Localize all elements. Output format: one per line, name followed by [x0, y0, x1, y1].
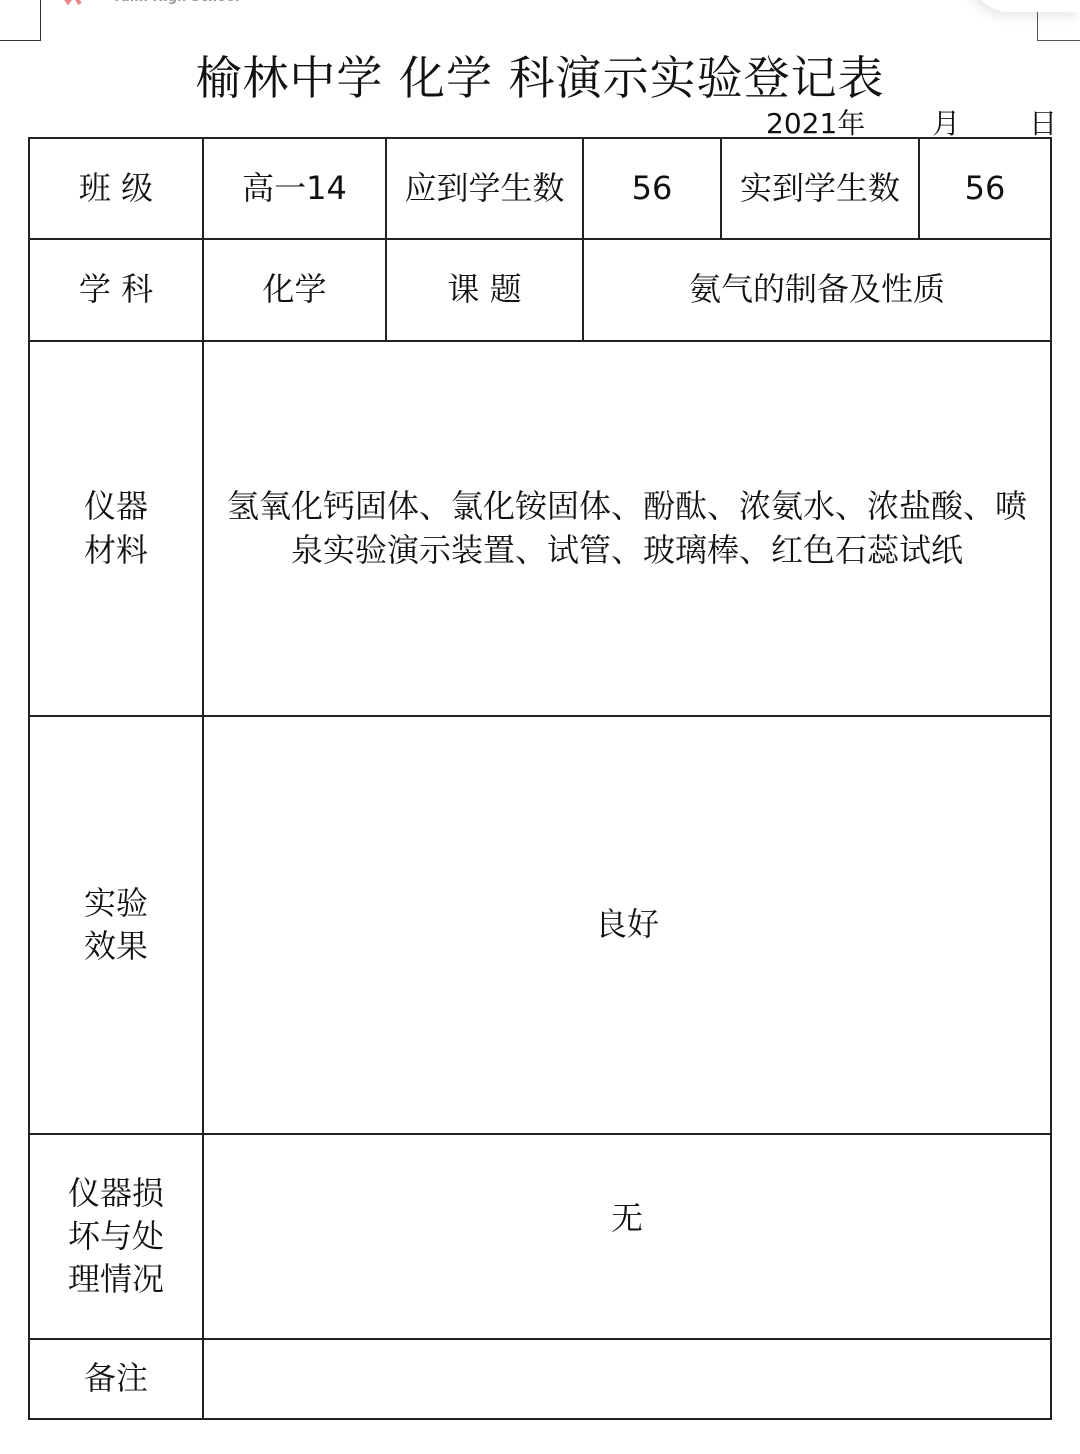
crop-mark-left — [0, 0, 41, 41]
crop-mark-right — [1037, 12, 1080, 41]
damage-label: 仪器损 坏与处 理情况 — [29, 1134, 203, 1339]
date-year: 2021年 — [766, 102, 865, 142]
materials-label-line2: 材料 — [30, 529, 202, 572]
topic-label: 课 题 — [386, 239, 583, 341]
row-damage: 仪器损 坏与处 理情况 无 — [29, 1134, 1051, 1339]
row-remarks: 备注 — [29, 1339, 1051, 1419]
damage-label-line3: 理情况 — [30, 1258, 202, 1301]
subject-label: 学 科 — [29, 239, 203, 341]
class-label: 班 级 — [29, 138, 203, 239]
actual-students-value: 56 — [919, 138, 1051, 239]
effect-value: 良好 — [203, 716, 1051, 1134]
materials-label: 仪器 材料 — [29, 341, 203, 716]
page-curl — [970, 0, 1080, 12]
materials-value: 氢氧化钙固体、氯化铵固体、酚酞、浓氨水、浓盐酸、喷泉实验演示装置、试管、玻璃棒、… — [203, 341, 1051, 716]
expected-students-label: 应到学生数 — [386, 138, 583, 239]
date-day: 日 — [1029, 102, 1057, 142]
experiment-register-table: 班 级 高一14 应到学生数 56 实到学生数 56 学 科 化学 课 题 氨气… — [28, 137, 1052, 1420]
school-logo-icon — [58, 0, 88, 8]
remarks-value — [203, 1339, 1051, 1419]
school-logo-text: Yulin High School — [112, 0, 239, 5]
row-class: 班 级 高一14 应到学生数 56 实到学生数 56 — [29, 138, 1051, 239]
row-subject: 学 科 化学 课 题 氨气的制备及性质 — [29, 239, 1051, 341]
subject-value: 化学 — [203, 239, 386, 341]
actual-students-label: 实到学生数 — [721, 138, 919, 239]
date-month: 月 — [932, 102, 960, 142]
row-effect: 实验 效果 良好 — [29, 716, 1051, 1134]
expected-students-value: 56 — [583, 138, 721, 239]
effect-label: 实验 效果 — [29, 716, 203, 1134]
remarks-label: 备注 — [29, 1339, 203, 1419]
class-value: 高一14 — [203, 138, 386, 239]
effect-label-line2: 效果 — [30, 925, 202, 968]
effect-label-line1: 实验 — [30, 882, 202, 925]
damage-label-line1: 仪器损 — [30, 1172, 202, 1215]
materials-label-line1: 仪器 — [30, 485, 202, 528]
row-materials: 仪器 材料 氢氧化钙固体、氯化铵固体、酚酞、浓氨水、浓盐酸、喷泉实验演示装置、试… — [29, 341, 1051, 716]
page-title: 榆林中学 化学 科演示实验登记表 — [0, 42, 1080, 108]
damage-label-line2: 坏与处 — [30, 1215, 202, 1258]
date-line: 2021年 月 日 — [766, 102, 1057, 142]
damage-value: 无 — [203, 1134, 1051, 1339]
topic-value: 氨气的制备及性质 — [583, 239, 1051, 341]
